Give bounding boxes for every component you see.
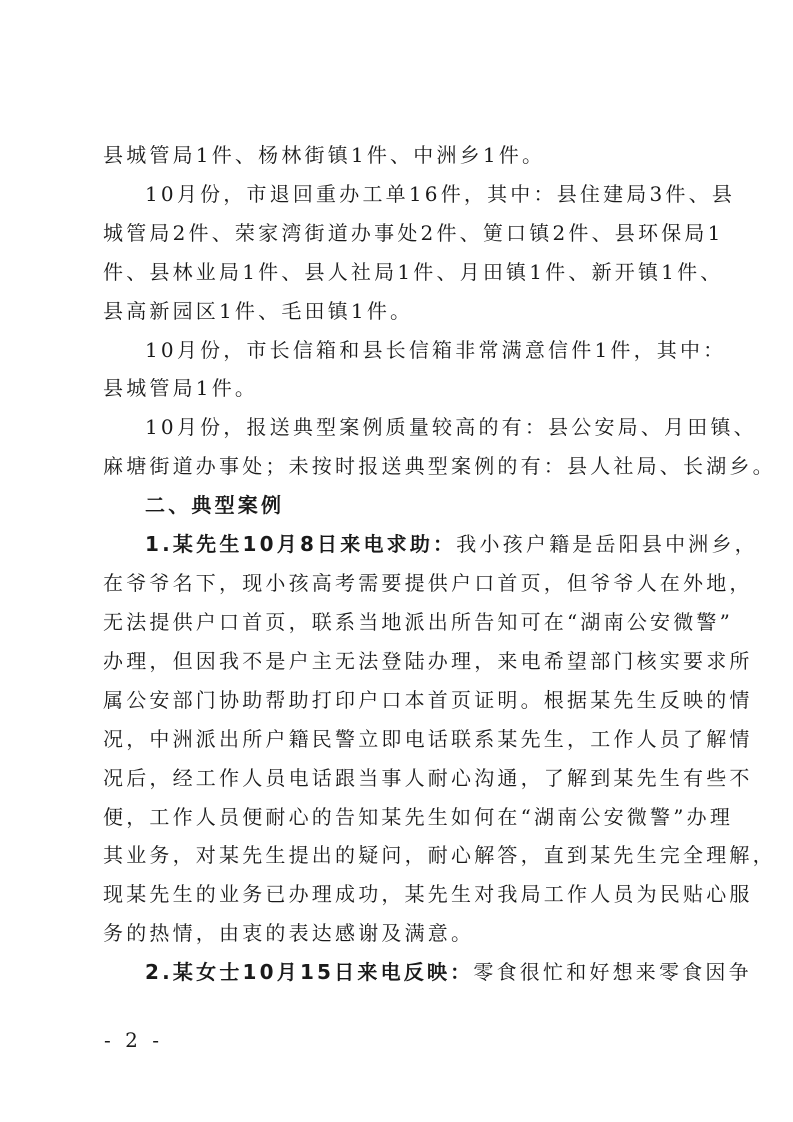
paragraph-line: 无法提供户口首页，联系当地派出所告知可在“湖南公安微警” — [103, 609, 703, 635]
paragraph-line: 10月份，市长信箱和县长信箱非常满意信件1件，其中： — [145, 337, 705, 363]
case-2-title: 2.某女士10月15日来电反映： — [145, 960, 473, 984]
paragraph-line: 县高新园区1件、毛田镇1件。 — [103, 298, 703, 324]
case-2-first-line: 2.某女士10月15日来电反映：零食很忙和好想来零食因争 — [145, 959, 705, 985]
paragraph-line: 县城管局1件、杨林街镇1件、中洲乡1件。 — [103, 142, 703, 168]
page-number: - 2 - — [104, 1028, 163, 1052]
case-1-first-line: 1.某先生10月8日来电求助：我小孩户籍是岳阳县中洲乡， — [145, 531, 705, 557]
document-page: 县城管局1件、杨林街镇1件、中洲乡1件。 10月份，市退回重办工单16件，其中：… — [0, 0, 793, 1122]
paragraph-line: 况，中洲派出所户籍民警立即电话联系某先生，工作人员了解情 — [103, 726, 703, 752]
paragraph-line: 况后，经工作人员电话跟当事人耐心沟通，了解到某先生有些不 — [103, 765, 703, 791]
section-heading: 二、典型案例 — [145, 492, 705, 518]
paragraph-line: 10月份，市退回重办工单16件，其中：县住建局3件、县 — [145, 181, 705, 207]
paragraph-line: 属公安部门协助帮助打印户口本首页证明。根据某先生反映的情 — [103, 687, 703, 713]
paragraph-line: 便，工作人员便耐心的告知某先生如何在“湖南公安微警”办理 — [103, 804, 703, 830]
case-2-text: 零食很忙和好想来零食因争 — [473, 960, 751, 984]
paragraph-line: 现某先生的业务已办理成功，某先生对我局工作人员为民贴心服 — [103, 881, 703, 907]
paragraph-line: 10月份，报送典型案例质量较高的有：县公安局、月田镇、 — [145, 414, 705, 440]
case-1-title: 1.某先生10月8日来电求助： — [145, 532, 456, 556]
paragraph-line: 务的热情，由衷的表达感谢及满意。 — [103, 920, 703, 946]
case-1-text: 我小孩户籍是岳阳县中洲乡， — [456, 532, 758, 556]
paragraph-line: 其业务，对某先生提出的疑问，耐心解答，直到某先生完全理解， — [103, 842, 703, 868]
paragraph-line: 在爷爷名下，现小孩高考需要提供户口首页，但爷爷人在外地， — [103, 570, 703, 596]
paragraph-line: 县城管局1件。 — [103, 375, 703, 401]
paragraph-line: 麻塘街道办事处；未按时报送典型案例的有：县人社局、长湖乡。 — [103, 453, 703, 479]
paragraph-line: 件、县林业局1件、县人社局1件、月田镇1件、新开镇1件、 — [103, 259, 703, 285]
paragraph-line: 城管局2件、荣家湾街道办事处2件、筻口镇2件、县环保局1 — [103, 220, 703, 246]
paragraph-line: 办理，但因我不是户主无法登陆办理，来电希望部门核实要求所 — [103, 648, 703, 674]
